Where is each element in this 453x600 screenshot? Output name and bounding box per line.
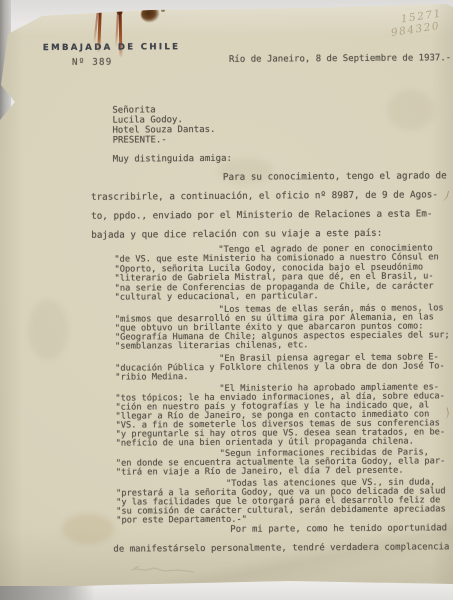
- body-line: Para su conocimiento, tengo el agrado de: [223, 171, 447, 182]
- quoted-line: "semblanzas literarias chilenas, etc.: [115, 341, 309, 351]
- photo-backdrop-shadow: [0, 586, 95, 600]
- letterhead: EMBAJADA DE CHILE: [43, 43, 180, 53]
- body-line: trascribirle, a continuación, el oficio …: [91, 190, 438, 202]
- letter-number: Nº 389: [72, 58, 112, 67]
- body-line: to, ppdo., enviado por el Ministerio de …: [91, 209, 432, 221]
- recipient-line: Lucila Godoy.: [112, 116, 183, 125]
- body-line: bajada y que dice relación con su viaje …: [91, 229, 382, 240]
- scanned-letter-photo: { "page": { "background_color": "#e7e6e4…: [0, 0, 453, 600]
- closing-line: Por mi parte, como he tenido oportunidad: [230, 524, 447, 535]
- pencil-archive-number-2: 984320: [390, 21, 441, 39]
- quoted-line: "por este Departamento.-": [116, 516, 247, 526]
- closing-line: de manifestárselo personalmente, tendré …: [113, 543, 449, 554]
- letter-paper: 15271984320EMBAJADA DE CHILENº 389Río de…: [0, 0, 453, 600]
- quoted-line: "cultural y educacional, en particular.: [115, 292, 319, 302]
- typed-text-layer: 15271984320EMBAJADA DE CHILENº 389Río de…: [0, 0, 453, 600]
- recipient-line: Señorita: [112, 106, 155, 115]
- recipient-line: PRESENTE.-: [113, 136, 167, 145]
- quoted-line: "ribio Medina.: [115, 373, 188, 382]
- quoted-line: "tirá en viaje a Río de Janeiro, el día …: [116, 467, 404, 478]
- salutation: Muy distinguida amiga:: [113, 155, 232, 165]
- dateline: Río de Janeiro, 8 de Septiembre de 1937.…: [229, 54, 451, 65]
- recipient-line: Hotel Souza Dantas.: [112, 126, 215, 136]
- quoted-line: "neficio de una bien orientada y útil pr…: [116, 438, 414, 449]
